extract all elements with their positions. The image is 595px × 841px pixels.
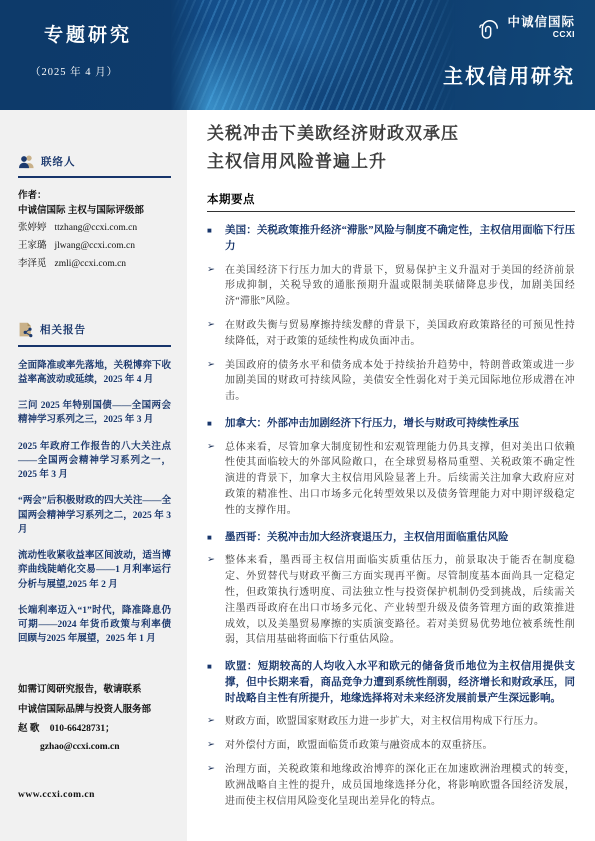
subscribe-contact-name: 赵 歌 [18, 724, 39, 734]
highlights-heading: 本期要点 [207, 191, 575, 212]
related-report-link[interactable]: “两会”后积极财政的四大关注——全国两会精神学习系列之二，2025 年 3 月 [18, 494, 171, 537]
section-heading-text: 美国：关税政策推升经济“滞胀”风险与制度不确定性，主权信用面临下行压力 [225, 223, 575, 255]
report-date: （2025 年 4 月） [30, 64, 118, 79]
related-reports-heading: 相关报告 [18, 322, 171, 347]
related-heading-label: 相关报告 [40, 322, 86, 337]
subscribe-line1: 如需订阅研究报告，敬请联系 [18, 681, 171, 701]
bullet-point: ➢ 治理方面，关税政策和地缘政治博弈的深化正在加速欧洲治理模式的转变，欧洲战略自… [207, 762, 575, 809]
arrow-bullet-icon: ➢ [207, 318, 217, 350]
author-email-link[interactable]: ttzhang@ccxi.com.cn [55, 221, 138, 236]
bullet-point: ➢ 在美国经济下行压力加大的背景下，贸易保护主义升温对于美国的经济前景形成抑制，… [207, 263, 575, 310]
bullet-point-text: 整体来看，墨西哥主权信用面临实质重估压力，前景取决于能否在制度稳定、外贸替代与财… [225, 553, 575, 648]
document-title-line1: 关税冲击下美欧经济财政双承压 [207, 120, 575, 148]
section-heading-usa: ■ 美国：关税政策推升经济“滞胀”风险与制度不确定性，主权信用面临下行压力 [207, 223, 575, 255]
report-page: 专题研究 （2025 年 4 月） 中诚信国际 CCXI 主权信用研究 [0, 0, 595, 841]
related-report-link[interactable]: 流动性收紧收益率区间波动，适当博弈曲线陡峭化交易——1 月利率运行分析与展望,2… [18, 549, 171, 592]
arrow-bullet-icon: ➢ [207, 738, 217, 754]
subscribe-contact-line: 赵 歌 010-66428731； [18, 720, 171, 740]
document-title: 关税冲击下美欧经济财政双承压 主权信用风险普遍上升 [207, 120, 575, 175]
section-heading-mexico: ■ 墨西哥：关税冲击加大经济衰退压力，主权信用面临重估风险 [207, 530, 575, 546]
contacts-people-icon [18, 154, 35, 169]
arrow-bullet-icon: ➢ [207, 553, 217, 648]
section-heading-eu: ■ 欧盟：短期较高的人均收入水平和欧元的储备货币地位为主权信用提供支撑，但中长期… [207, 659, 575, 706]
authors-label: 作者： [18, 189, 171, 204]
section-heading-text: 墨西哥：关税冲击加大经济衰退压力，主权信用面临重估风险 [225, 530, 509, 546]
section-heading-canada: ■ 加拿大：外部冲击加剧经济下行压力，增长与财政可持续性承压 [207, 416, 575, 432]
square-bullet-icon: ■ [207, 659, 217, 706]
contacts-section-heading: 联络人 [18, 154, 171, 178]
author-name: 李泽觅 [18, 257, 47, 272]
related-reports-section: 相关报告 全面降准或率先落地，关税博弈下收益率高波动或延续，2025 年 4 月… [18, 322, 171, 647]
bullet-point-text: 治理方面，关税政策和地缘政治博弈的深化正在加速欧洲治理模式的转变，欧洲战略自主性… [225, 762, 575, 809]
report-type-label: 专题研究 [44, 20, 132, 47]
bullet-point: ➢ 财政方面，欧盟国家财政压力进一步扩大，对主权信用构成下行压力。 [207, 714, 575, 730]
square-bullet-icon: ■ [207, 416, 217, 432]
author-email-link[interactable]: zmli@ccxi.com.cn [55, 257, 127, 272]
contact-row: 李泽觅 zmli@ccxi.com.cn [18, 257, 171, 272]
company-website-link[interactable]: www.ccxi.com.cn [18, 786, 171, 806]
subscribe-line2: 中诚信国际品牌与投资人服务部 [18, 701, 171, 721]
arrow-bullet-icon: ➢ [207, 762, 217, 809]
author-email-link[interactable]: jlwang@ccxi.com.cn [55, 239, 136, 254]
brand-logo: 中诚信国际 CCXI [475, 16, 575, 42]
section-heading-text: 加拿大：外部冲击加剧经济下行压力，增长与财政可持续性承压 [225, 416, 519, 432]
subscribe-email-link[interactable]: gzhao@ccxi.com.cn [40, 740, 171, 755]
square-bullet-icon: ■ [207, 530, 217, 546]
arrow-bullet-icon: ➢ [207, 358, 217, 405]
main-content: 关税冲击下美欧经济财政双承压 主权信用风险普遍上升 本期要点 ■ 美国：关税政策… [187, 110, 595, 841]
section-heading-text: 欧盟：短期较高的人均收入水平和欧元的储备货币地位为主权信用提供支撑，但中长期来看… [225, 659, 575, 706]
authors-block: 作者： 中诚信国际 主权与国际评级部 张婷婷 ttzhang@ccxi.com.… [18, 189, 171, 272]
bullet-point: ➢ 整体来看，墨西哥主权信用面临实质重估压力，前景取决于能否在制度稳定、外贸替代… [207, 553, 575, 648]
bullet-point: ➢ 对外偿付方面，欧盟面临货币政策与融资成本的双重挤压。 [207, 738, 575, 754]
arrow-bullet-icon: ➢ [207, 714, 217, 730]
brand-name-en: CCXI [553, 30, 575, 39]
related-report-link[interactable]: 三问 2025 年特别国债——全国两会精神学习系列之三，2025 年 3 月 [18, 399, 171, 428]
bullet-point-text: 美国政府的债务水平和债务成本处于持续抬升趋势中，特朗普政策或进一步加剧美国的财政… [225, 358, 575, 405]
document-title-line2: 主权信用风险普遍上升 [207, 148, 575, 176]
author-name: 张婷婷 [18, 221, 47, 236]
circuit-texture-image [170, 0, 455, 110]
contacts-heading-label: 联络人 [41, 154, 76, 169]
related-report-link[interactable]: 长端利率迈入“1”时代，降准降息仍可期——2024 年货币政策与利率债回顾与20… [18, 604, 171, 647]
bullet-point-text: 对外偿付方面，欧盟面临货币政策与融资成本的双重挤压。 [225, 738, 493, 754]
bullet-point: ➢ 总体来看，尽管加拿大制度韧性和宏观管理能力仍具支撑，但对美出口依赖性使其面临… [207, 440, 575, 519]
subscribe-phone: 010-66428731； [50, 724, 115, 734]
related-report-link[interactable]: 2025 年政府工作报告的八大关注点——全国两会精神学习系列之一，2025 年 … [18, 440, 171, 483]
sidebar: 联络人 作者： 中诚信国际 主权与国际评级部 张婷婷 ttzhang@ccxi.… [0, 110, 187, 841]
bullet-point-text: 在财政失衡与贸易摩擦持续发酵的背景下，美国政府政策路径的可预见性持续降低，对于政… [225, 318, 575, 350]
related-reports-document-icon [18, 322, 34, 338]
square-bullet-icon: ■ [207, 223, 217, 255]
series-title: 主权信用研究 [443, 60, 575, 89]
bullet-point-text: 财政方面，欧盟国家财政压力进一步扩大，对主权信用构成下行压力。 [225, 714, 544, 730]
arrow-bullet-icon: ➢ [207, 263, 217, 310]
department-name: 中诚信国际 主权与国际评级部 [18, 204, 171, 219]
bullet-point-text: 总体来看，尽管加拿大制度韧性和宏观管理能力仍具支撑，但对美出口依赖性使其面临较大… [225, 440, 575, 519]
bullet-point: ➢ 在财政失衡与贸易摩擦持续发酵的背景下，美国政府政策路径的可预见性持续降低，对… [207, 318, 575, 350]
brand-name-cn: 中诚信国际 [507, 16, 575, 30]
ccxi-elephant-logo-icon [475, 16, 503, 42]
related-report-link[interactable]: 全面降准或率先落地，关税博弈下收益率高波动或延续，2025 年 4 月 [18, 359, 171, 388]
contact-row: 张婷婷 ttzhang@ccxi.com.cn [18, 221, 171, 236]
bullet-point: ➢ 美国政府的债务水平和债务成本处于持续抬升趋势中，特朗普政策或进一步加剧美国的… [207, 358, 575, 405]
page-header: 专题研究 （2025 年 4 月） 中诚信国际 CCXI 主权信用研究 [0, 0, 595, 110]
author-name: 王家璐 [18, 239, 47, 254]
arrow-bullet-icon: ➢ [207, 440, 217, 519]
bullet-point-text: 在美国经济下行压力加大的背景下，贸易保护主义升温对于美国的经济前景形成抑制，关税… [225, 263, 575, 310]
subscription-block: 如需订阅研究报告，敬请联系 中诚信国际品牌与投资人服务部 赵 歌 010-664… [18, 681, 171, 806]
contact-row: 王家璐 jlwang@ccxi.com.cn [18, 239, 171, 254]
brand-text: 中诚信国际 CCXI [507, 16, 575, 39]
